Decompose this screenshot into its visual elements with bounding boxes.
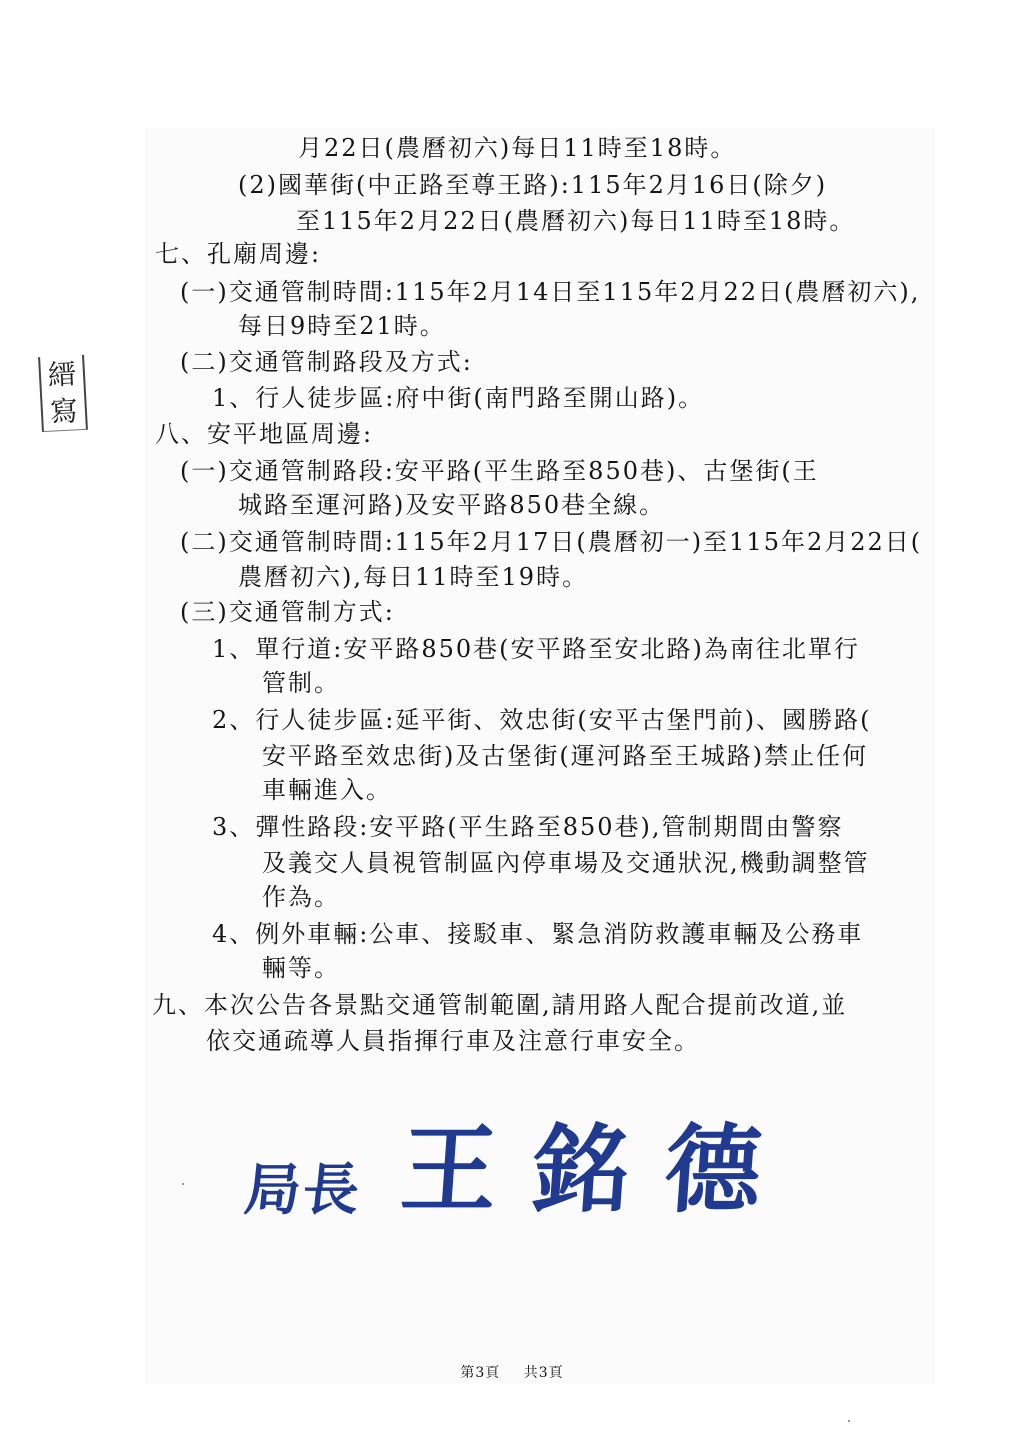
scan-speck	[182, 1183, 184, 1185]
document-line: 月22日(農曆初六)每日11時至18時。	[298, 133, 736, 163]
document-line: 車輛進入。	[262, 775, 392, 805]
document-line: 管制。	[262, 668, 340, 698]
signature-name: 王銘德	[397, 1115, 801, 1225]
document-line: 作為。	[262, 882, 340, 912]
document-line: 九、本次公告各景點交通管制範圍,請用路人配合提前改道,並	[152, 990, 847, 1020]
document-line: 4、例外車輛:公車、接駁車、緊急消防救護車輛及公務車	[212, 919, 863, 949]
document-line: (一)交通管制時間:115年2月14日至115年2月22日(農曆初六),	[180, 277, 920, 307]
document-line: 八、安平地區周邊:	[155, 419, 373, 449]
seal-char: 縉	[47, 358, 77, 391]
document-line: (2)國華街(中正路至尊王路):115年2月16日(除夕)	[238, 170, 827, 200]
signature-title: 局長	[241, 1155, 364, 1225]
document-line: 至115年2月22日(農曆初六)每日11時至18時。	[296, 206, 855, 236]
scan-speck	[848, 1420, 850, 1422]
document-line: 農曆初六),每日11時至19時。	[238, 562, 588, 592]
document-line: 每日9時至21時。	[238, 311, 446, 341]
document-line: (一)交通管制路段:安平路(平生路至850巷)、古堡街(王	[180, 456, 819, 486]
margin-seal-stamp: 縉 寫	[38, 355, 88, 432]
document-line: 安平路至效忠街)及古堡街(運河路至王城路)禁止任何	[262, 741, 868, 771]
document-line: (三)交通管制方式:	[180, 597, 395, 627]
page-current: 第3頁	[460, 1365, 500, 1381]
document-line: 及義交人員視管制區內停車場及交通狀況,機動調整管	[262, 848, 870, 878]
page-number-footer: 第3頁 共3頁	[0, 1362, 1024, 1382]
document-line: (二)交通管制路段及方式:	[180, 347, 473, 377]
document-line: 城路至運河路)及安平路850巷全線。	[238, 490, 665, 520]
document-line: 1、單行道:安平路850巷(安平路至安北路)為南往北單行	[212, 634, 860, 664]
document-line: 七、孔廟周邊:	[155, 239, 321, 269]
document-line: 3、彈性路段:安平路(平生路至850巷),管制期間由警察	[212, 812, 844, 842]
director-signature: 局長 王銘德	[245, 1115, 797, 1225]
document-line: (二)交通管制時間:115年2月17日(農曆初一)至115年2月22日(	[180, 527, 922, 557]
seal-char: 寫	[49, 395, 79, 428]
document-line: 2、行人徒步區:延平街、效忠街(安平古堡門前)、國勝路(	[212, 705, 871, 735]
document-line: 輛等。	[262, 953, 340, 983]
document-line: 1、行人徒步區:府中街(南門路至開山路)。	[212, 383, 704, 413]
page-total: 共3頁	[524, 1365, 564, 1381]
document-line: 依交通疏導人員指揮行車及注意行車安全。	[206, 1026, 700, 1056]
